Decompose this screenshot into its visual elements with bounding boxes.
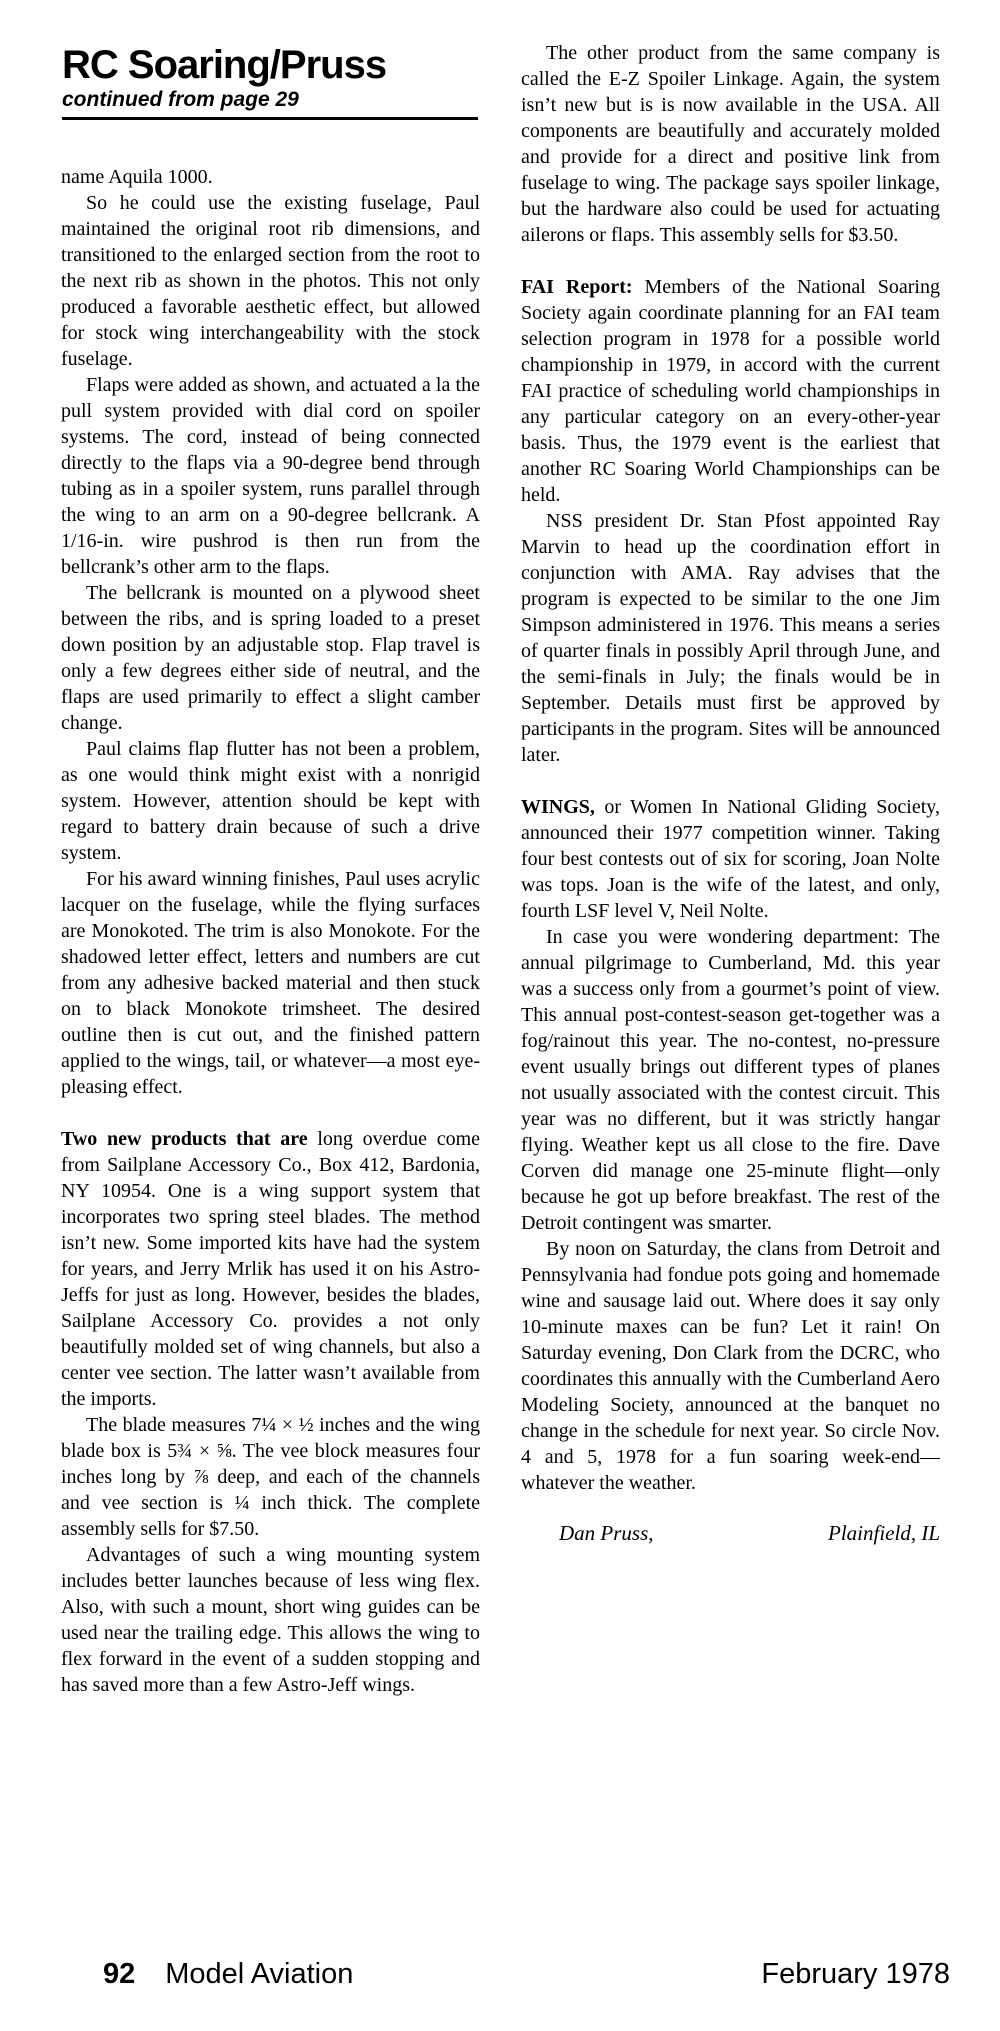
continued-note: continued from page 29 — [62, 88, 478, 112]
paragraph: By noon on Saturday, the clans from Detr… — [521, 1236, 940, 1496]
left-column: name Aquila 1000. So he could use the ex… — [61, 164, 480, 1698]
article-header: RC Soaring/Pruss continued from page 29 — [62, 44, 478, 120]
footer-left: 92 Model Aviation — [103, 1958, 353, 1991]
signature-location: Plainfield, IL — [828, 1520, 940, 1546]
paragraph: NSS president Dr. Stan Pfost appointed R… — [521, 508, 940, 768]
header-rule — [62, 117, 478, 120]
paragraph-lead: WINGS, — [521, 796, 595, 818]
paragraph: name Aquila 1000. — [61, 164, 480, 190]
paragraph: The bellcrank is mounted on a plywood sh… — [61, 580, 480, 736]
paragraph: The other product from the same company … — [521, 40, 940, 248]
paragraph: Advantages of such a wing mounting syste… — [61, 1542, 480, 1698]
page-footer: 92 Model Aviation February 1978 — [103, 1958, 950, 1991]
paragraph: Flaps were added as shown, and actuated … — [61, 372, 480, 580]
paragraph-text: Members of the National Soaring Society … — [521, 276, 940, 506]
paragraph: So he could use the existing fuselage, P… — [61, 190, 480, 372]
right-column: The other product from the same company … — [521, 40, 940, 1546]
article-title: RC Soaring/Pruss — [62, 44, 478, 86]
paragraph: Two new products that are long overdue c… — [61, 1126, 480, 1412]
issue-date: February 1978 — [761, 1958, 950, 1991]
paragraph: Paul claims flap flutter has not been a … — [61, 736, 480, 866]
paragraph: In case you were wondering department: T… — [521, 924, 940, 1236]
magazine-title: Model Aviation — [165, 1958, 353, 1991]
signature-author: Dan Pruss, — [521, 1520, 654, 1546]
signature-row: Dan Pruss, Plainfield, IL — [521, 1520, 940, 1546]
paragraph-text: long overdue come from Sailplane Accesso… — [61, 1128, 480, 1410]
paragraph: FAI Report: Members of the National Soar… — [521, 274, 940, 508]
paragraph: WINGS, or Women In National Gliding Soci… — [521, 794, 940, 924]
paragraph-lead: FAI Report: — [521, 276, 633, 298]
paragraph-lead: Two new products that are — [61, 1128, 308, 1150]
page-number: 92 — [103, 1958, 135, 1991]
paragraph: For his award winning finishes, Paul use… — [61, 866, 480, 1100]
paragraph: The blade measures 7¼ × ½ inches and the… — [61, 1412, 480, 1542]
